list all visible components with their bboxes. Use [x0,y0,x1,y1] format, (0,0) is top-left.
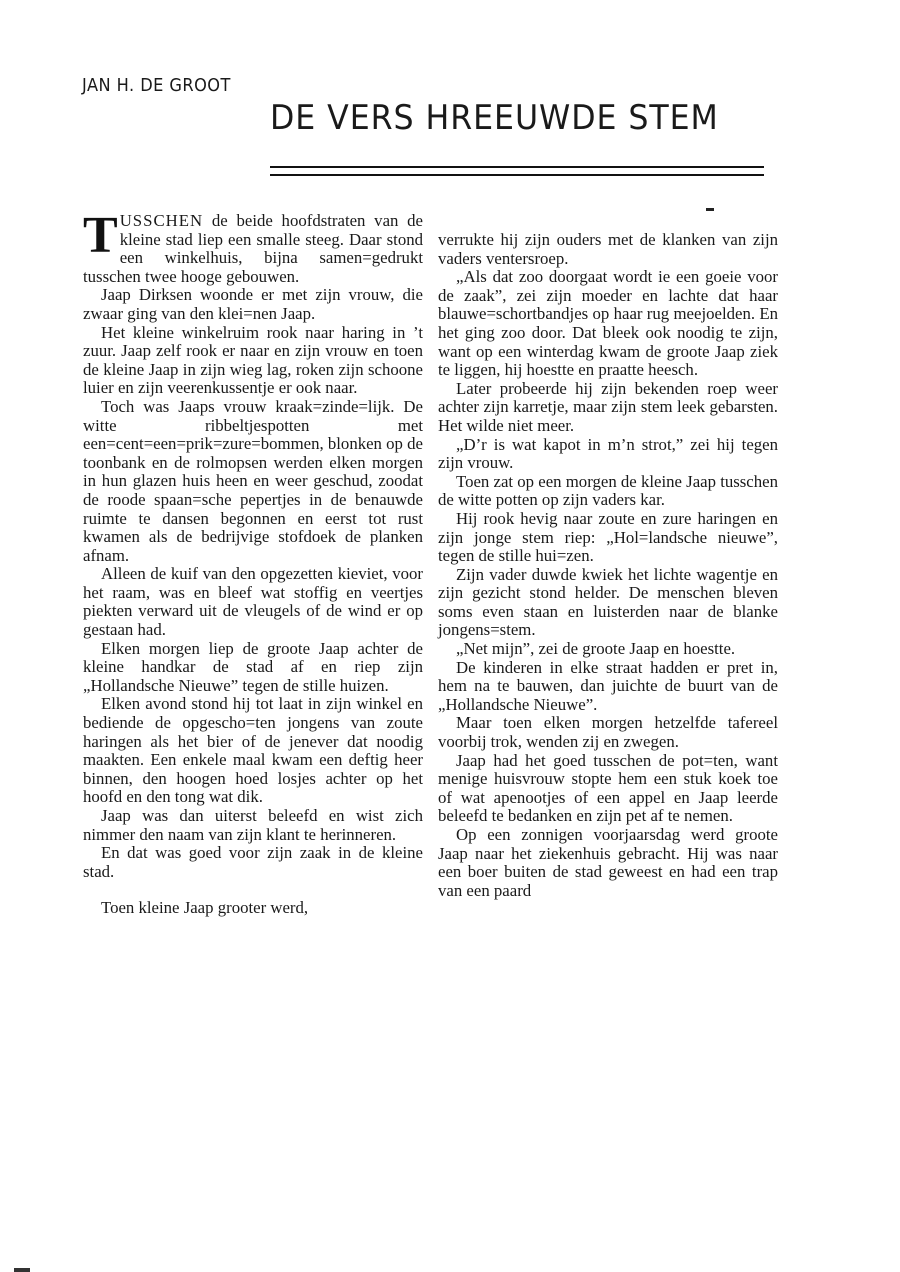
paragraph: Zijn vader duwde kwiek het lichte wagent… [438,566,778,640]
paragraph: Jaap Dirksen woonde er met zijn vrouw, d… [83,286,423,323]
opening-paragraph: TUSSCHEN de beide hoofdstraten van de kl… [83,212,423,286]
paragraph: Hij rook hevig naar zoute en zure haring… [438,510,778,566]
paragraph: Toch was Jaaps vrouw kraak=zinde=lijk. D… [83,398,423,565]
paragraph: verrukte hij zijn ouders met de klanken … [438,231,778,268]
paragraph: En dat was goed voor zijn zaak in de kle… [83,844,423,881]
paragraph: Op een zonnigen voorjaarsdag werd groote… [438,826,778,900]
paragraph: Elken avond stond hij tot laat in zijn w… [83,695,423,807]
paragraph: Alleen de kuif van den opgezetten kievie… [83,565,423,639]
print-speck [706,208,714,211]
paragraph: Jaap had het goed tusschen de pot=ten, w… [438,752,778,826]
paragraph: Later probeerde hij zijn bekenden roep w… [438,380,778,436]
paragraph: „Als dat zoo doorgaat wordt ie een goeie… [438,268,778,380]
paragraph: „Net mijn”, zei de groote Jaap en hoestt… [438,640,778,659]
author-byline: JAN H. DE GROOT [82,75,231,96]
paragraph: Het kleine winkelruim rook naar haring i… [83,324,423,398]
title-rule-bottom [270,174,764,176]
right-column: verrukte hij zijn ouders met de klanken … [438,231,778,900]
opening-caps: USSCHEN [120,211,203,230]
paragraph-section-break: Toen kleine Jaap grooter werd, [83,899,423,918]
paragraph: Elken morgen liep de groote Jaap achter … [83,640,423,696]
paragraph: Maar toen elken morgen hetzelfde taferee… [438,714,778,751]
print-speck [14,1268,30,1272]
paragraph: Toen zat op een morgen de kleine Jaap tu… [438,473,778,510]
article-title: DE VERS HREEUWDE STEM [270,98,719,138]
drop-cap: T [83,216,118,256]
paragraph: „D’r is wat kapot in m’n strot,” zei hij… [438,436,778,473]
left-column: TUSSCHEN de beide hoofdstraten van de kl… [83,212,423,918]
title-rule-top [270,166,764,168]
paragraph: Jaap was dan uiterst beleefd en wist zic… [83,807,423,844]
paragraph: De kinderen in elke straat hadden er pre… [438,659,778,715]
